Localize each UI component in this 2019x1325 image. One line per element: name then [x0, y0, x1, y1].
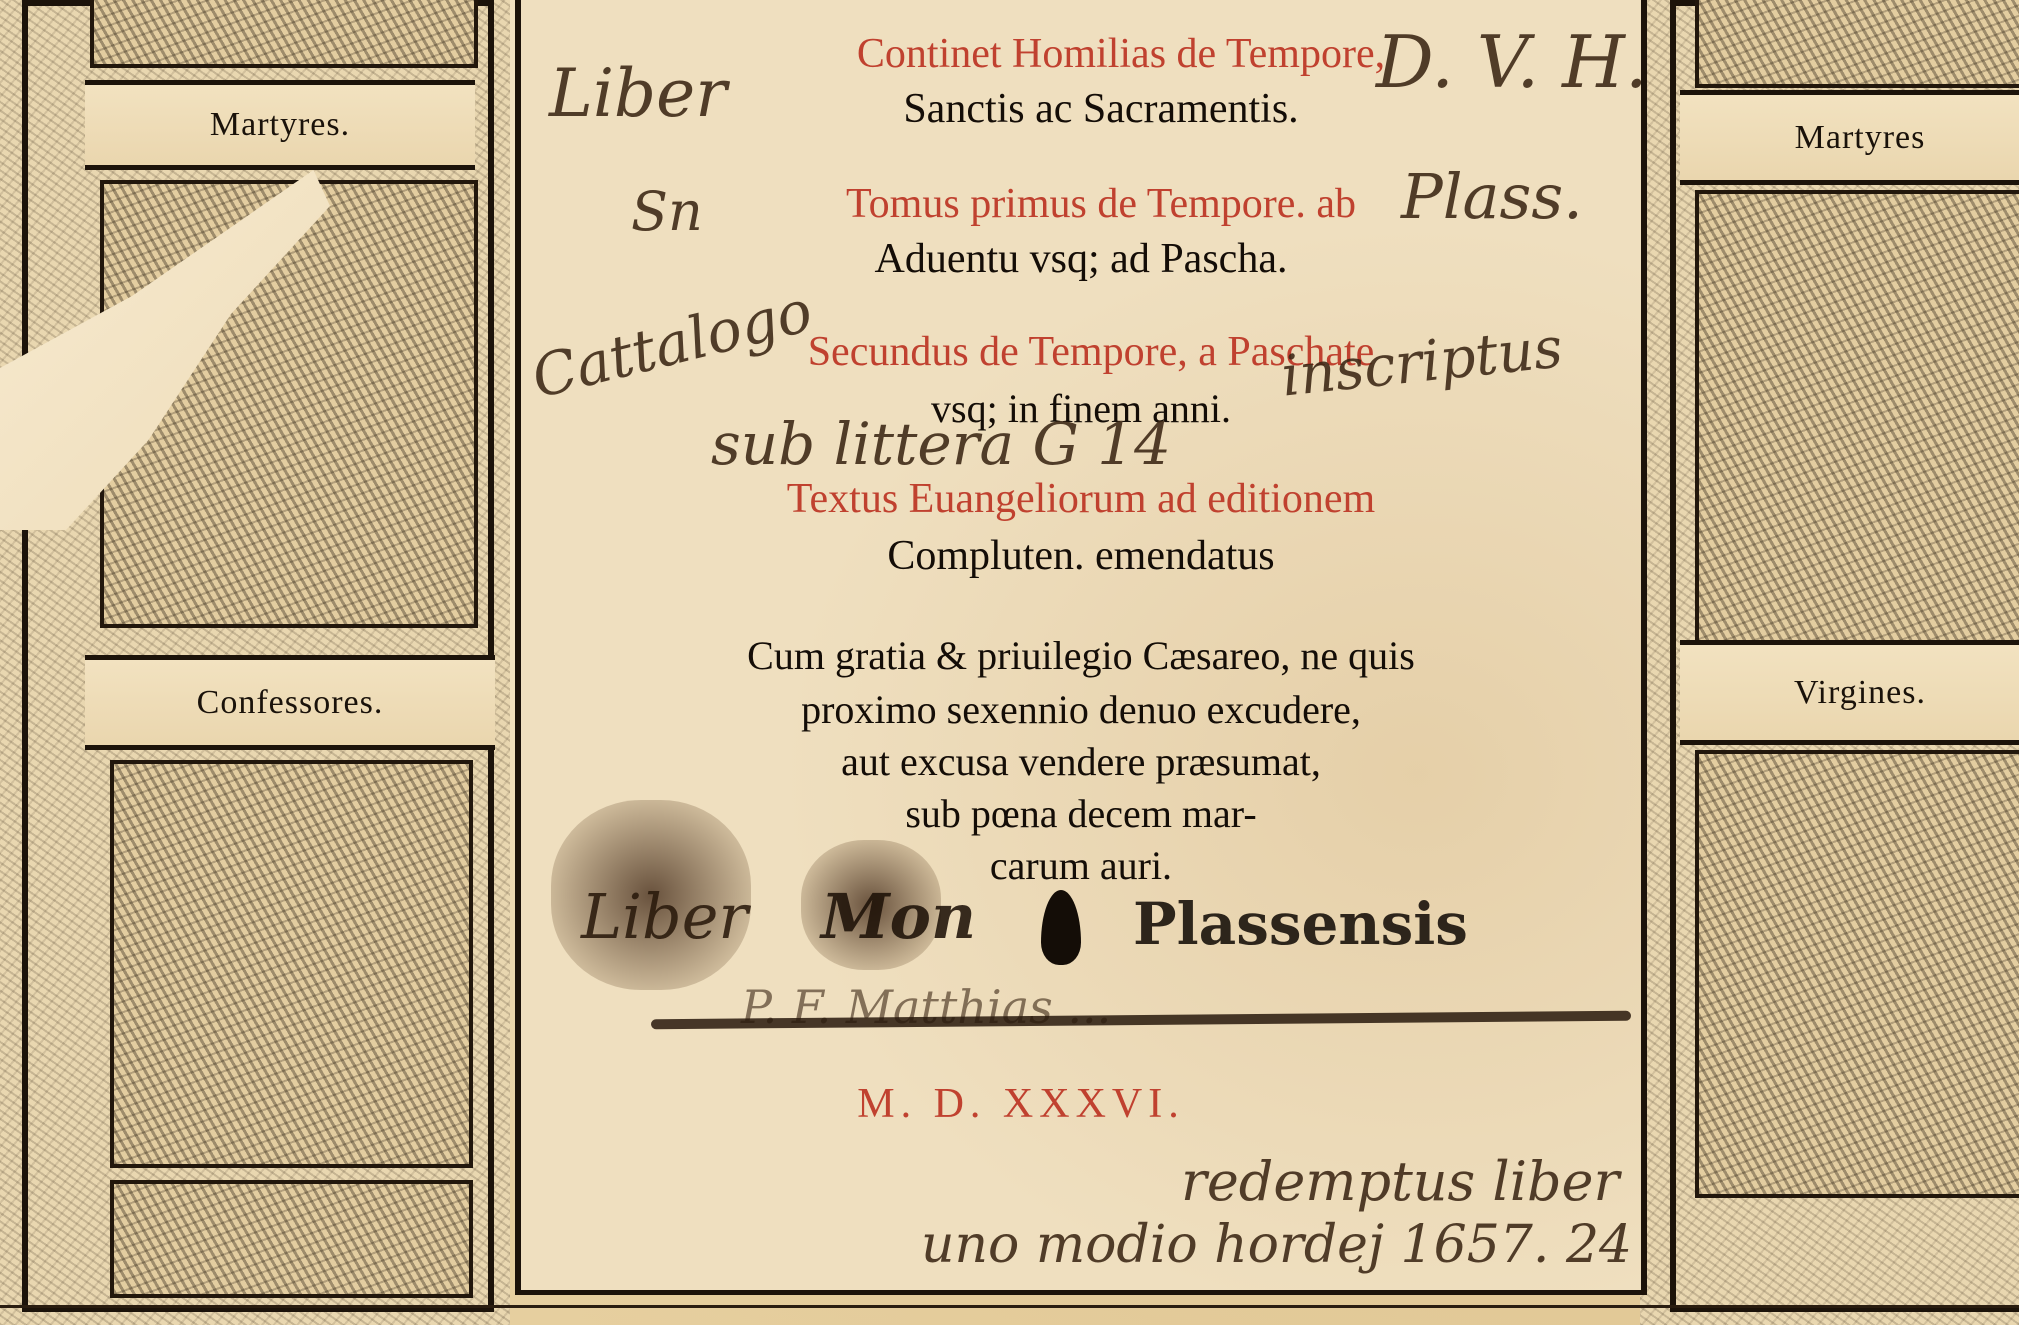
- annotation-initials: D. V. H.: [1376, 20, 1648, 104]
- annotation-sn: Sn: [631, 180, 703, 243]
- left-woodcut-border: Martyres. Confessores.: [0, 0, 510, 1325]
- banner-label: Martyres.: [210, 106, 350, 144]
- title-text-block: Continet Homilias de Tempore, Sanctis ac…: [515, 0, 1647, 1295]
- banner-virgines: Virgines.: [1680, 640, 2019, 745]
- publication-year: M. D. XXXVI.: [461, 1080, 1581, 1128]
- banner-martyres-right: Martyres: [1680, 90, 2019, 185]
- bottom-border-rule: [0, 1305, 2019, 1308]
- woodcut-confessors-scene: [110, 760, 473, 1168]
- annotation-plass: Plass.: [1401, 160, 1583, 233]
- banner-label: Virgines.: [1794, 674, 1926, 712]
- privilege-line-1: Cum gratia & priuilegio Cæsareo, ne quis: [521, 632, 1641, 679]
- banner-martyres-left: Martyres.: [85, 80, 475, 170]
- privilege-line-2: proximo sexennio denuo excudere,: [521, 686, 1641, 733]
- woodcut-virgins-scene: [1695, 750, 2019, 1198]
- annotation-catalog-letter: sub littera G 14: [711, 410, 1171, 478]
- annotation-liber-top: Liber: [549, 55, 727, 132]
- document-page: Martyres. Confessores. Martyres Virgines…: [0, 0, 2019, 1325]
- ownership-mon: Mon: [821, 880, 976, 953]
- title-line-7: Textus Euangeliorum ad editionem: [521, 475, 1641, 523]
- woodcut-ornament-top: [1695, 0, 2019, 88]
- title-line-8: Compluten. emendatus: [521, 532, 1641, 580]
- annotation-redemptus: redemptus liber: [1181, 1150, 1619, 1213]
- woodcut-martyrs-scene: [1695, 190, 2019, 648]
- ownership-plassensis: Plassensis: [1133, 890, 1468, 958]
- banner-label: Martyres: [1795, 119, 1926, 157]
- right-woodcut-border: Martyres Virgines.: [1640, 0, 2019, 1325]
- annotation-uno-modio: uno modio hordej 1657. 24: [921, 1215, 1632, 1275]
- banner-label: Confessores.: [197, 684, 384, 722]
- woodcut-ornament-bottom: [110, 1180, 473, 1298]
- ownership-device-icon: [1041, 890, 1081, 965]
- privilege-line-3: aut excusa vendere præsumat,: [521, 738, 1641, 785]
- woodcut-ornament-top: [90, 0, 478, 68]
- ownership-liber: Liber: [581, 880, 748, 953]
- banner-confessores: Confessores.: [85, 655, 495, 750]
